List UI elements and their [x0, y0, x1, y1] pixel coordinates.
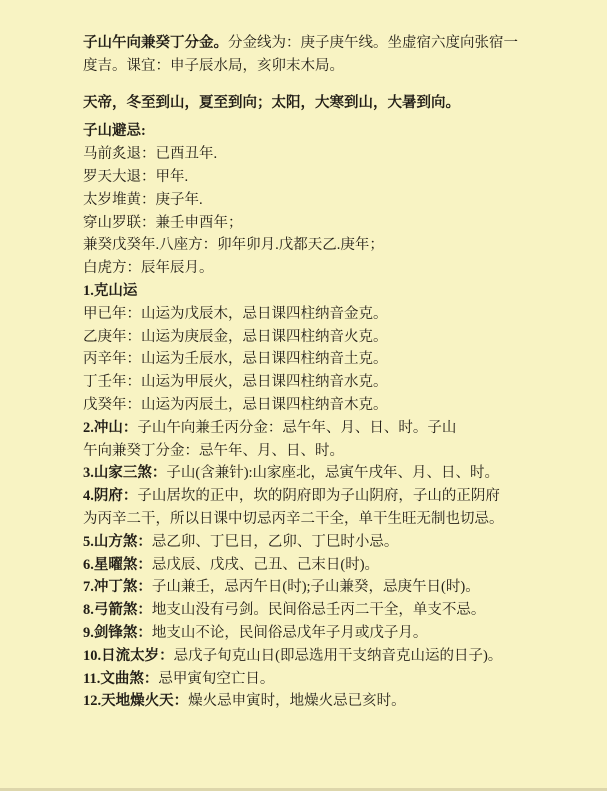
- item-yinfu-lead: 4.阴府：: [83, 488, 137, 504]
- intro-line-1: 子山午向兼癸丁分金。分金线为：庚子庚午线。坐虚宿六度向张宿一: [83, 32, 567, 55]
- item-tiandizaohuo-line: 12.天地燥火天：燥火忌申寅时，地燥火忌已亥时。: [83, 690, 567, 713]
- item-xingyaosha-line: 6.星曜煞：忌戊辰、戊戌、己丑、己末日(时)。: [83, 554, 567, 577]
- avoid-line-taisui: 太岁堆黄：庚子年.: [83, 189, 567, 212]
- item-gongjiansha-line: 8.弓箭煞：地支山没有弓剑。民间俗忌壬丙二干全，单支不忌。: [83, 599, 567, 622]
- document-content: 子山午向兼癸丁分金。分金线为：庚子庚午线。坐虚宿六度向张宿一 度吉。课宜：申子辰…: [0, 0, 607, 713]
- avoid-line-baihu: 白虎方：辰年辰月。: [83, 257, 567, 280]
- item-chongdingsha-lead: 7.冲丁煞：: [83, 579, 152, 595]
- item-shanjiasansha-line: 3.山家三煞：子山(含兼针):山家座北，忌寅午戌年、月、日、时。: [83, 462, 567, 485]
- avoid-line-bazuo: 兼癸戊癸年.八座方：卯年卯月.戊都天乙.庚年；: [83, 234, 567, 257]
- keshanyun-line-dingren: 丁壬年：山运为甲辰火，忌日课四柱纳音水克。: [83, 371, 567, 394]
- tiandi-line: 天帝，冬至到山，夏至到向；太阳，大寒到山，大暑到向。: [83, 92, 567, 115]
- item-wenqusha-lead: 11.文曲煞：: [83, 671, 158, 687]
- intro-line-2: 度吉。课宜：申子辰水局，亥卯末木局。: [83, 55, 567, 78]
- item-wenqusha-line: 11.文曲煞：忌甲寅旬空亡日。: [83, 668, 567, 691]
- item-riliutaisui-lead: 10.日流太岁：: [83, 648, 174, 664]
- item-chongshan-lead: 2.冲山：: [83, 420, 137, 436]
- avoid-line-luotian: 罗天大退：甲年.: [83, 166, 567, 189]
- item-riliutaisui-line: 10.日流太岁：忌戊子旬克山日(即忌选用干支纳音克山运的日子)。: [83, 645, 567, 668]
- item-shanjiasansha-text: 子山(含兼针):山家座北，忌寅午戌年、月、日、时。: [166, 465, 499, 481]
- item-chongshan-line-2: 午向兼癸丁分金：忌午年、月、日、时。: [83, 440, 567, 463]
- item-shanjiasansha-lead: 3.山家三煞：: [83, 465, 166, 481]
- item-tiandizaohuo-text: 燥火忌申寅时，地燥火忌已亥时。: [188, 693, 406, 709]
- intro-lead: 子山午向兼癸丁分金。: [83, 35, 228, 51]
- item-yinfu-text: 子山居坎的正中，坎的阴府即为子山阴府，子山的正阴府: [137, 488, 500, 504]
- keshanyun-line-jiayi: 甲已年：山运为戊辰木，忌日课四柱纳音金克。: [83, 303, 567, 326]
- keshanyun-line-wugui: 戊癸年：山运为丙辰土，忌日课四柱纳音木克。: [83, 394, 567, 417]
- item-jianfengsha-text: 地支山不论，民间俗忌戊年子月或戊子月。: [152, 625, 428, 641]
- avoid-line-maqian: 马前炙退：已酉丑年.: [83, 143, 567, 166]
- avoid-heading: 子山避忌:: [83, 120, 567, 143]
- item-shanfangsha-lead: 5.山方煞：: [83, 534, 152, 550]
- keshanyun-heading: 1.克山运: [83, 280, 567, 303]
- intro-line-1-rest: 分金线为：庚子庚午线。坐虚宿六度向张宿一: [228, 35, 518, 51]
- item-yinfu-line-1: 4.阴府：子山居坎的正中，坎的阴府即为子山阴府，子山的正阴府: [83, 485, 567, 508]
- item-chongshan-text: 子山午向兼壬丙分金：忌午年、月、日、时。子山: [137, 420, 456, 436]
- item-riliutaisui-text: 忌戊子旬克山日(即忌选用干支纳音克山运的日子)。: [174, 648, 503, 664]
- item-xingyaosha-lead: 6.星曜煞：: [83, 557, 152, 573]
- keshanyun-line-bingxin: 丙辛年：山运为壬辰水，忌日课四柱纳音土克。: [83, 348, 567, 371]
- item-gongjiansha-text: 地支山没有弓剑。民间俗忌壬丙二干全，单支不忌。: [152, 602, 486, 618]
- item-yinfu-line-2: 为丙辛二干，所以日课中切忌丙辛二干全，单干生旺无制也切忌。: [83, 508, 567, 531]
- document-page: 子山午向兼癸丁分金。分金线为：庚子庚午线。坐虚宿六度向张宿一 度吉。课宜：申子辰…: [0, 0, 607, 791]
- item-chongshan-line-1: 2.冲山：子山午向兼壬丙分金：忌午年、月、日、时。子山: [83, 417, 567, 440]
- item-gongjiansha-lead: 8.弓箭煞：: [83, 602, 152, 618]
- item-xingyaosha-text: 忌戊辰、戊戌、己丑、己末日(时)。: [152, 557, 379, 573]
- item-shanfangsha-text: 忌乙卯、丁巳日，乙卯、丁巳时小忌。: [152, 534, 399, 550]
- item-tiandizaohuo-lead: 12.天地燥火天：: [83, 693, 188, 709]
- item-chongdingsha-text: 子山兼壬，忌丙午日(时);子山兼癸，忌庚午日(时)。: [152, 579, 480, 595]
- avoid-line-chuanshan: 穿山罗联：兼壬申酉年；: [83, 212, 567, 235]
- item-wenqusha-text: 忌甲寅旬空亡日。: [158, 671, 274, 687]
- item-jianfengsha-lead: 9.剑锋煞：: [83, 625, 152, 641]
- item-shanfangsha-line: 5.山方煞：忌乙卯、丁巳日，乙卯、丁巳时小忌。: [83, 531, 567, 554]
- keshanyun-line-yigeng: 乙庚年：山运为庚辰金，忌日课四柱纳音火克。: [83, 326, 567, 349]
- item-jianfengsha-line: 9.剑锋煞：地支山不论，民间俗忌戊年子月或戊子月。: [83, 622, 567, 645]
- item-chongdingsha-line: 7.冲丁煞：子山兼壬，忌丙午日(时);子山兼癸，忌庚午日(时)。: [83, 576, 567, 599]
